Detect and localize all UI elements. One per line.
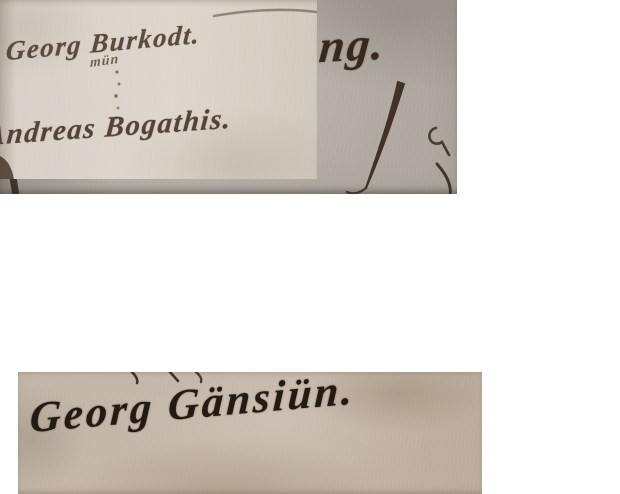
signature-collage-canvas: Bascheck Juesng. Vide aŭsführl. A pag. 5… <box>0 0 620 494</box>
manuscript-photo-middle: Georg Burkodt. mün Andreas Bogathis. <box>0 0 317 179</box>
ink-flourish <box>18 372 482 494</box>
ink-flourish <box>0 0 317 179</box>
manuscript-photo-bottom: Georg Gänsiün. <box>18 372 482 494</box>
